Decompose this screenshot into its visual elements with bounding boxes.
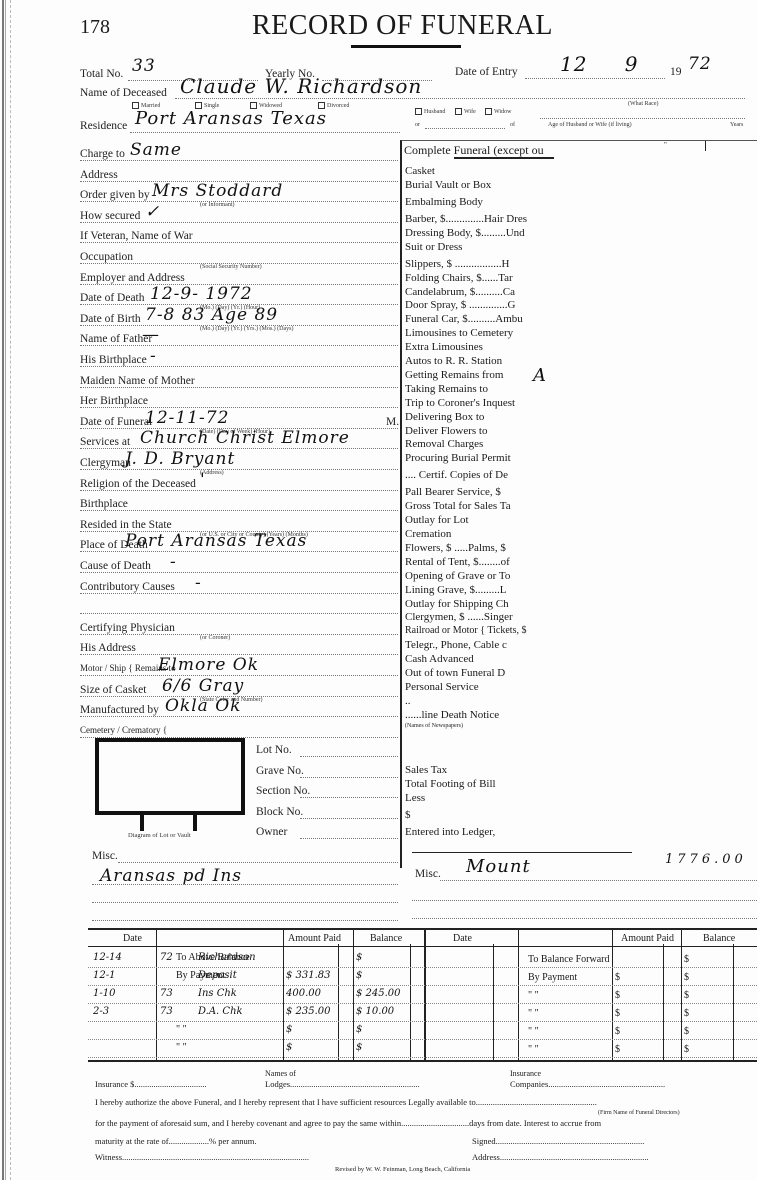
ledger-cell-amount: $ 331.83 [286,970,331,981]
field-label: Address [80,169,118,181]
payment-statement: for the payment of aforesaid sum, and I … [95,1118,601,1128]
field-label: Size of Casket [80,684,146,696]
charge-item: Cremation [405,528,451,540]
field-label: Date of Funeral [80,416,152,428]
charge-item: Total Footing of Bill [405,778,496,790]
field-value: J. D. Bryant [125,449,235,469]
misc-right-value: Mount [466,856,531,877]
field-label: His Birthplace [80,354,147,366]
charge-item: Outlay for Shipping Ch [405,598,509,610]
charge-item: Less [405,792,425,804]
ledger-right-cell-amount: $ [615,1026,620,1037]
field-label: Cause of Death [80,560,151,572]
ledger-cell-yr: 72 [160,952,173,963]
lot-field-line[interactable] [300,797,398,798]
getting-remains-handwriting: A [533,365,547,386]
charge-item: Flowers, $ .....Palms, $ [405,542,506,554]
field-label: How secured [80,210,140,222]
ledger-cell-amount: $ [286,1042,292,1053]
ledger-right-cell-desc: " " [528,1008,539,1019]
lot-field-line[interactable] [300,777,398,778]
field-label: Charge to [80,148,125,160]
ledger-header-balance-right: Balance [703,933,735,944]
lot-field-line[interactable] [300,838,398,839]
ledger-right-cell-amount: $ [615,1008,620,1019]
ledger-cell-bal: $ [356,1024,362,1035]
field-sub-label: (or Informant) [200,202,235,208]
complete-funeral-heading: Complete Funeral (except ou [404,143,544,158]
checkbox-widow[interactable]: Widow [485,108,511,115]
field-line[interactable] [80,551,398,552]
charge-item: Burial Vault or Box [405,179,491,191]
lot-field-label: Grave No. [256,765,304,777]
ledger-row: " "$$" "$$ [88,1042,757,1058]
ledger-header-date-left: Date [123,933,142,944]
charge-item: Outlay for Lot [405,514,469,526]
field-line[interactable] [80,201,398,202]
years-label: Years [730,122,743,128]
ledger-row: " "$$" "$$ [88,1024,757,1040]
misc-left-value: Aransas pd Ins [100,866,242,886]
field-label: Manufactured by [80,704,159,716]
ledger-cell-date: 12-1 [93,970,115,981]
ledger-cell-hand: D.A. Chk [198,1006,243,1017]
field-label: Birthplace [80,498,128,510]
funeral-record-page: 178 RECORD OF FUNERAL Total No. 33 Yearl… [0,0,757,1180]
field-value: — [142,325,160,345]
ledger-cell-date: 1-10 [93,988,115,999]
charge-item: Lining Grave, $.........L [405,584,506,596]
field-label: Resided in the State [80,519,172,531]
field-line[interactable] [80,407,398,408]
misc-left-label: Misc. [92,850,118,862]
field-line[interactable] [80,510,398,511]
signed-field[interactable]: Signed..................................… [472,1136,644,1146]
lot-field-label: Owner [256,826,287,838]
field-line[interactable] [80,160,398,161]
ledger-row: 1-1073Ins Chk400.00$ 245.00" "$$ [88,988,757,1004]
field-value: 12-11-72 [145,408,229,428]
ledger-row: 12-1By PaymentDeposit$ 331.83$By Payment… [88,970,757,986]
checkbox-husband[interactable]: Husband [415,108,445,115]
field-line[interactable] [80,222,398,223]
ledger-cell-desc: " " [176,1024,187,1035]
field-value: 6/6 Gray [162,676,244,696]
page-title: RECORD OF FUNERAL [252,10,553,42]
field-label: Order given by [80,189,150,201]
field-label: Contributory Causes [80,581,175,593]
charge-item: Suit or Dress [405,241,462,253]
charge-item: Pall Bearer Service, $ [405,486,501,498]
charge-item: Sales Tax [405,764,447,776]
field-value: Okla Ok [165,696,241,716]
charge-item: Extra Limousines [405,341,483,353]
field-value: 7-8 83 Age 89 [145,305,278,325]
field-label: If Veteran, Name of War [80,230,193,242]
field-line[interactable] [80,387,398,388]
field-label: Her Birthplace [80,395,148,407]
field-value: Church Christ Elmore [140,428,350,448]
ledger-cell-bal: $ [356,952,362,963]
field-label: Date of Birth [80,313,141,325]
ledger-header-amount-right: Amount Paid [621,933,674,944]
ledger-cell-amount: $ 235.00 [286,1006,331,1017]
charge-item: Cash Advanced [405,653,474,665]
of-label: of [510,122,515,128]
year-prefix: 19 [670,66,682,78]
ledger-cell-amount: $ [286,1024,292,1035]
ledger-cell-desc: " " [176,1042,187,1053]
field-label: Occupation [80,251,133,263]
maturity-statement: maturity at the rate of.................… [95,1136,256,1146]
payment-ledger: Date Amount Paid Balance Date Amount Pai… [88,930,757,1065]
ledger-right-cell-bal: $ [684,990,689,1001]
lot-field-line[interactable] [300,756,398,757]
ledger-right-cell-desc: By Payment [528,972,577,983]
misc-right-label: Misc. [415,868,441,880]
field-value: ' [200,470,206,490]
title-underline [351,45,461,48]
lot-field-line[interactable] [300,818,398,819]
field-line[interactable] [80,593,398,594]
ledger-right-cell-bal: $ [684,972,689,983]
charge-item: Candelabrum, $..........Ca [405,286,515,298]
charge-item: Casket [405,165,435,177]
ledger-right-cell-desc: " " [528,1044,539,1055]
charge-item: Gross Total for Sales Ta [405,500,511,512]
ledger-cell-bal: $ 245.00 [356,988,401,999]
charge-item: Limousines to Cemetery [405,327,513,339]
ledger-cell-yr: 73 [160,988,173,999]
ledger-cell-hand: Deposit [198,970,237,981]
ledger-cell-yr: 73 [160,1006,173,1017]
total-no-label: Total No. [80,68,123,80]
charge-item: Entered into Ledger, [405,826,495,838]
field-label: Maiden Name of Mother [80,375,195,387]
charge-item: Telegr., Phone, Cable c [405,639,507,651]
charge-item: Dressing Body, $.........Und [405,227,525,239]
ledger-cell-bal: $ [356,970,362,981]
binding-edge [2,0,6,1180]
field-value: Mrs Stoddard [152,181,283,201]
name-of-deceased-value: Claude W. Richardson [180,74,422,98]
field-label: Employer and Address [80,272,185,284]
field-line[interactable] [80,490,398,491]
ledger-header-date-right: Date [453,933,472,944]
field-line[interactable] [80,572,398,573]
insurance-companies-top: Insurance [510,1069,541,1078]
charge-item: Out of town Funeral D [405,667,505,679]
misc-right-amount: 1776.00 [665,852,747,867]
field-line[interactable] [80,469,398,470]
age-of-spouse-label: Age of Husband or Wife (if living) [548,122,632,128]
residence-label: Residence [80,120,127,132]
page-number: 178 [80,16,110,39]
lot-field-label: Lot No. [256,744,292,756]
charge-item: Autos to R. R. Station [405,355,502,367]
ledger-right-cell-bal: $ [684,1044,689,1055]
year-value: 72 [688,54,712,74]
field-value: - [170,552,177,572]
field-label: His Address [80,642,136,654]
address-field[interactable]: Address.................................… [472,1152,649,1162]
charge-item: $ [405,809,411,821]
field-line[interactable] [80,613,398,614]
ledger-header-amount-left: Amount Paid [288,933,341,944]
field-value: Port Aransas Texas [125,531,307,551]
field-label: Date of Death [80,292,145,304]
binding-perforation [10,0,11,1180]
ledger-cell-amount: 400.00 [286,988,321,999]
charge-item: Barber, $..............Hair Dres [405,213,527,225]
authorize-statement: I hereby authorize the above Funeral, an… [95,1097,597,1107]
ledger-cell-date: 12-14 [93,952,122,963]
diagram-label: Diagram of Lot or Vault [128,832,191,839]
ledger-right-cell-desc: " " [528,990,539,1001]
names-of-lodges-top: Names of [265,1069,296,1078]
ledger-right-cell-amount: $ [615,1044,620,1055]
charge-item: Delivering Box to [405,411,484,423]
field-value: Same [130,140,182,160]
charge-item: Railroad or Motor { Tickets, $ [405,625,526,636]
ledger-cell-hand: Richardson [198,952,256,963]
ledger-right-cell-desc: To Balance Forward [528,954,610,965]
name-of-deceased-label: Name of Deceased [80,87,167,99]
ledger-row: 12-1472To Above BalanceRichardson$To Bal… [88,952,757,968]
charge-item: Opening of Grave or To [405,570,510,582]
tick-mark: " [664,141,667,149]
charge-item: Taking Remains to [405,383,488,395]
ledger-right-cell-amount: $ [615,990,620,1001]
charge-item: Procuring Burial Permit [405,452,511,464]
charge-item: .. [405,695,411,707]
field-label: Certifying Physician [80,622,175,634]
firm-name-note: (Firm Name of Funeral Directors) [598,1110,680,1116]
field-sub-label: (Social Security Number) [200,264,262,270]
charge-item: Door Spray, $ ..............G [405,299,516,311]
ledger-cell-date: 2-3 [93,1006,109,1017]
lot-field-label: Section No. [256,785,310,797]
charge-item: Clergymen, $ ......Singer [405,611,513,623]
field-line[interactable] [80,366,398,367]
field-value: - [195,573,202,593]
charge-item: .... Certif. Copies of De [405,469,508,481]
charge-item: Slippers, $ .................H [405,258,510,270]
charge-item: ......line Death Notice [405,709,499,721]
field-sub-label: (Mo.) (Day) (Yr.) (Yrs.) (Mos.) (Days) [200,326,293,332]
charge-item: Funeral Car, $..........Ambu [405,313,523,325]
ledger-header-balance-left: Balance [370,933,402,944]
field-line[interactable] [80,345,398,346]
total-no-value: 33 [132,56,156,76]
charge-item: Folding Chairs, $......Tar [405,272,513,284]
field-value: 12-9- 1972 [150,284,253,304]
ledger-cell-hand: Ins Chk [198,988,237,999]
charge-item: Deliver Flowers to [405,425,487,437]
field-label: Clergyman [80,457,131,469]
field-line[interactable] [80,716,398,717]
ledger-right-cell-bal: $ [684,1026,689,1037]
or-label: or [415,122,420,128]
lodges-field[interactable]: Lodges..................................… [265,1079,420,1089]
field-label: Religion of the Deceased [80,478,196,490]
ledger-right-cell-bal: $ [684,954,689,965]
ledger-right-cell-bal: $ [684,1008,689,1019]
field-sub-label: (or Coroner) [200,635,230,641]
charge-item: Rental of Tent, $........of [405,556,510,568]
charge-item: Getting Remains from [405,369,503,381]
witness-field[interactable]: Witness.................................… [95,1152,309,1162]
what-race-label: (What Race) [628,101,658,107]
charge-item: Trip to Coroner's Inquest [405,397,515,409]
ledger-right-cell-amount: $ [615,972,620,983]
lot-field-label: Block No. [256,806,303,818]
ledger-right-cell-desc: " " [528,1026,539,1037]
field-value: Elmore Ok [158,655,259,675]
field-line[interactable] [80,242,398,243]
field-value: - [150,346,157,366]
field-label: Services at [80,436,130,448]
field-value: ✓ [145,202,160,222]
charge-item: Removal Charges [405,438,483,450]
revised-by-note: Revised by W. W. Feinman, Long Beach, Ca… [335,1166,470,1173]
date-of-entry-value: 12 9 [560,52,639,76]
charge-item: (Names of Newspapers) [405,723,463,729]
ledger-cell-bal: $ [356,1042,362,1053]
charge-item: Personal Service [405,681,479,693]
ledger-row: 2-373D.A. Chk$ 235.00$ 10.00" "$$ [88,1006,757,1022]
residence-value: Port Aransas Texas [135,108,327,129]
ledger-cell-bal: $ 10.00 [356,1006,394,1017]
lot-diagram-box [95,738,245,815]
date-of-entry-label: Date of Entry [455,66,518,78]
checkbox-wife[interactable]: Wife [455,108,476,115]
field-label: Cemetery / Crematory { [80,725,167,735]
field-suffix: M. [386,416,399,428]
field-line[interactable] [80,634,398,635]
charge-item: Embalming Body [405,196,483,208]
insurance-field[interactable]: Insurance $.............................… [95,1079,207,1089]
insurance-companies-field[interactable]: Companies...............................… [510,1079,665,1089]
